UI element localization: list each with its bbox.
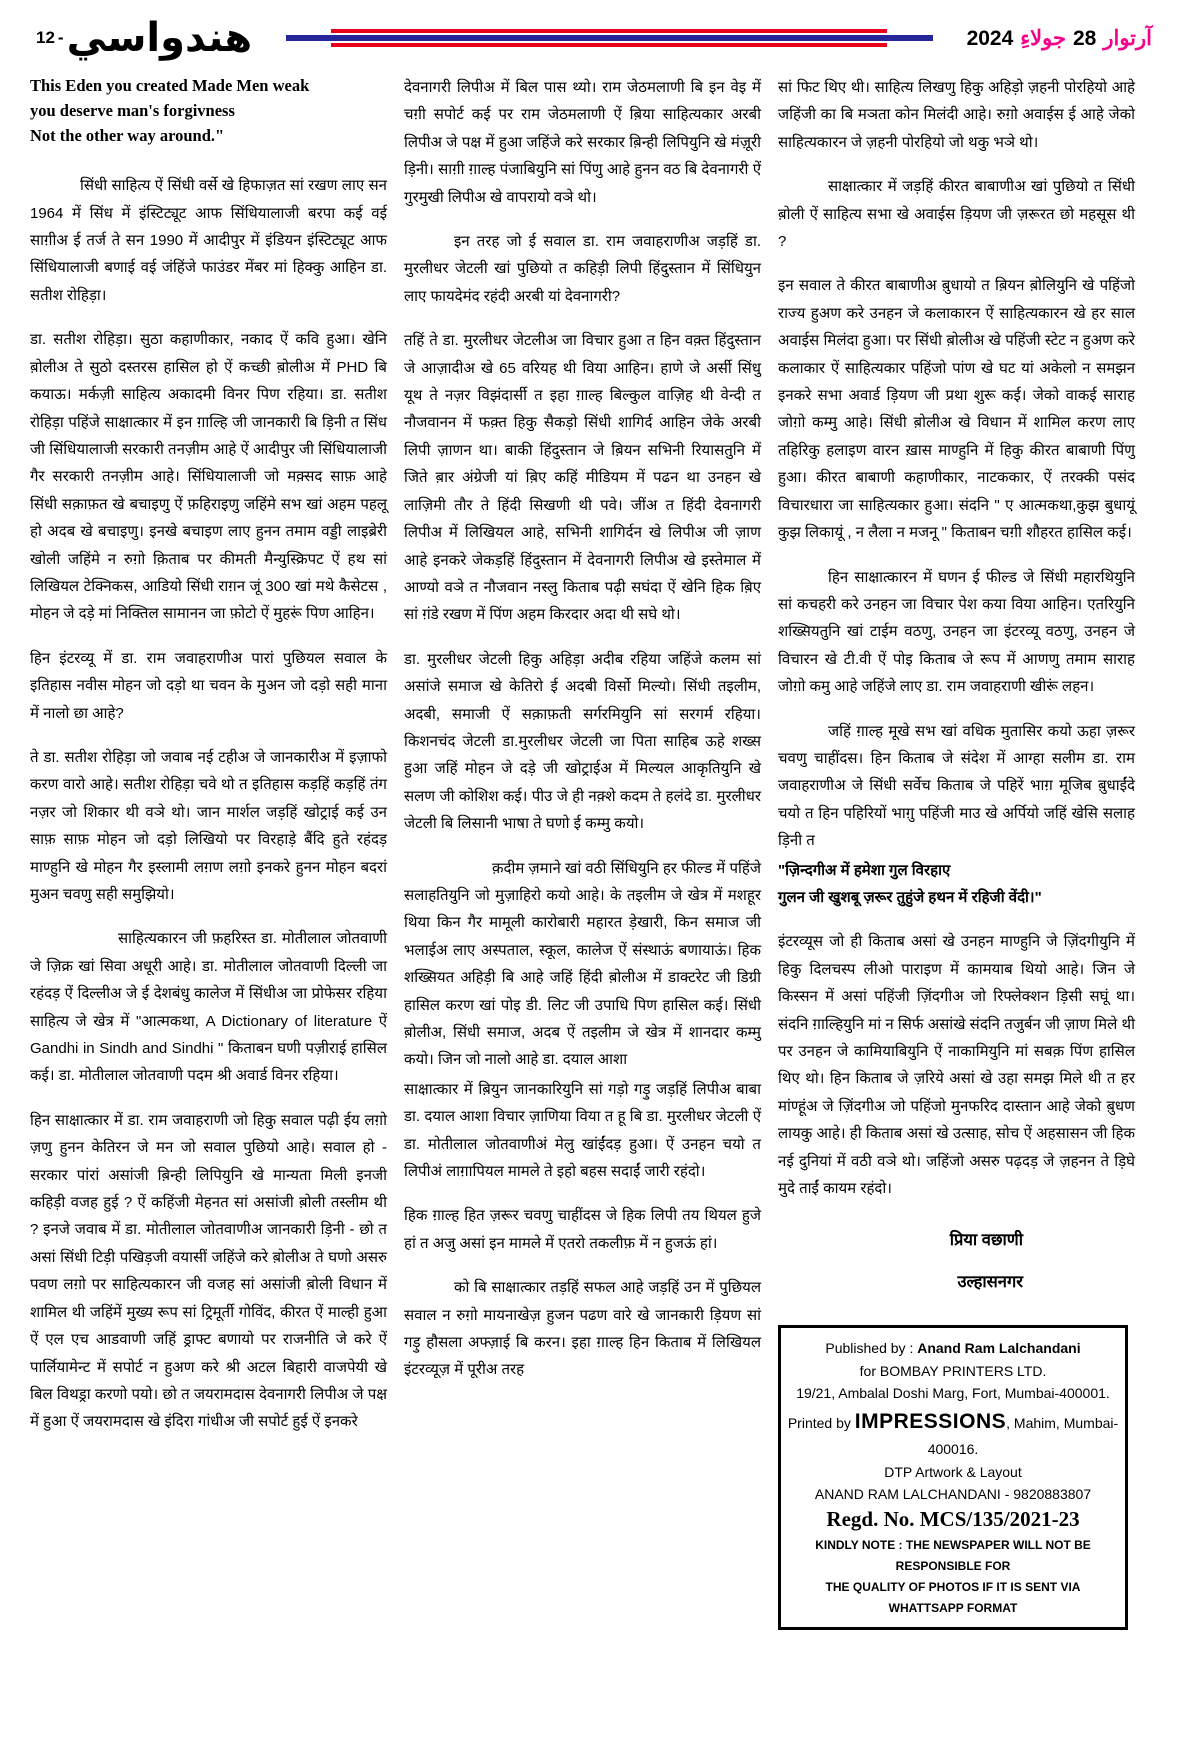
- paragraph: हिन साक्षात्कार में डा. राम जवाहराणी जो …: [30, 1107, 387, 1436]
- paragraph: साक्षात्कार में जड़हिं कीरत बाबाणीअ खां …: [778, 173, 1135, 255]
- paragraph: इन सवाल ते कीरत बाबाणीअ ब़ुधायो त ब़ियन …: [778, 272, 1135, 546]
- published-by-name: Anand Ram Lalchandani: [917, 1340, 1080, 1356]
- paragraph: सिंधी साहित्य ऐं सिंधी वर्से खे हिफाज़त …: [30, 172, 387, 309]
- column-3: सां फिट थिए थी। साहित्य लिखणु हिकु अहिड़…: [778, 74, 1135, 1630]
- paragraph: डा. मुरलीधर जेटली हिकु अहिड़ा अदीब रहिया…: [404, 646, 761, 838]
- header-rule-red-bottom: [331, 43, 887, 47]
- column-2: देवनागरी लिपीअ में बिल पास थ्यो। राम जेठ…: [404, 74, 761, 1630]
- english-verse: This Eden you created Made Men weak you …: [30, 74, 387, 148]
- masthead-block: 12 - هندواسي: [36, 18, 252, 58]
- dtp-artwork-line: DTP Artwork & Layout: [787, 1461, 1119, 1483]
- header-rule-red-top: [331, 29, 887, 33]
- printer-company-line: for BOMBAY PRINTERS LTD.: [787, 1360, 1119, 1382]
- dtp-contact-line: ANAND RAM LALCHANDANI - 9820883807: [787, 1483, 1119, 1505]
- paragraph: हिन साक्षात्कारन में घणन ई फील्ड जे सिंध…: [778, 564, 1135, 701]
- issue-date: 2024 جولاءِ 28 آرتوار: [967, 26, 1152, 51]
- page-number-dash: -: [58, 28, 64, 48]
- paragraph: साहित्यकारन जी फ़हरिस्त डा. मोतीलाल जोतव…: [30, 925, 387, 1089]
- date-month: جولاءِ: [1020, 26, 1066, 51]
- header-rules: [286, 29, 932, 47]
- paragraph: को बि साक्षात्कार तड़हिं सफल आहे जड़हिं …: [404, 1274, 761, 1384]
- paragraph: इन तरह जो ई सवाल डा. राम जवाहराणीअ जड़हि…: [404, 228, 761, 310]
- paragraph: डा. सतीश रोहिड़ा। सुठा कहाणीकार, नकाद ऐं…: [30, 326, 387, 627]
- paragraph: इंटरव्यूस जो ही किताब असां खे उनहन माण्ह…: [778, 928, 1135, 1202]
- disclaimer-note-line1: KINDLY NOTE : THE NEWSPAPER WILL NOT BE …: [787, 1535, 1119, 1577]
- paragraph: साक्षात्कार में ब़ियुन जानकारियुनि सां ग…: [404, 1076, 761, 1186]
- page-number: 12: [36, 28, 55, 48]
- printer-name: IMPRESSIONS: [855, 1410, 1006, 1433]
- quoted-couplet: "ज़िन्दगीअ में हमेशा गुल विरहाए गुलन जी …: [778, 857, 1135, 912]
- paragraph: हिन इंटरव्यू में डा. राम जवाहराणीअ पारां…: [30, 645, 387, 727]
- publisher-address: 19/21, Ambalal Doshi Marg, Fort, Mumbai-…: [787, 1382, 1119, 1404]
- byline-city: उल्हासनगर: [778, 1261, 1023, 1303]
- masthead-logo: هندواسي: [67, 18, 253, 58]
- printed-by-prefix: Printed by: [788, 1415, 855, 1431]
- page-header: 12 - هندواسي 2024 جولاءِ 28 آرتوار: [0, 0, 1180, 66]
- published-by-line: Published by : Anand Ram Lalchandani: [787, 1337, 1119, 1359]
- printed-by-line: Printed by IMPRESSIONS, Mahim, Mumbai-40…: [787, 1405, 1119, 1461]
- disclaimer-note-line2: THE QUALITY OF PHOTOS IF IT IS SENT VIA …: [787, 1577, 1119, 1619]
- paragraph: देवनागरी लिपीअ में बिल पास थ्यो। राम जेठ…: [404, 74, 761, 211]
- paragraph: जहिं ग़ाल्ह मूखे सभ खां वधिक मुतासिर कयो…: [778, 718, 1135, 855]
- paragraph: क़दीम ज़माने खां वठी सिंधियुनि हर फील्ड …: [404, 855, 761, 1074]
- article-body: This Eden you created Made Men weak you …: [0, 66, 1180, 1630]
- date-day: 28: [1073, 27, 1096, 51]
- paragraph: तहिं ते डा. मुरलीधर जेटलीअ जा विचार हुआ …: [404, 327, 761, 628]
- date-year: 2024: [967, 27, 1014, 51]
- byline: प्रिया वछाणी उल्हासनगर: [778, 1219, 1135, 1303]
- paragraph: ते डा. सतीश रोहिड़ा जो जवाब नई टहीअ जे ज…: [30, 744, 387, 908]
- header-rule-blue: [286, 35, 932, 41]
- byline-author: प्रिया वछाणी: [778, 1219, 1023, 1261]
- registration-number: Regd. No. MCS/135/2021-23: [787, 1505, 1119, 1534]
- column-1: This Eden you created Made Men weak you …: [30, 74, 387, 1630]
- paragraph: हिक ग़ाल्ह हित ज़रूर चवणु चाहींदस जे हिक…: [404, 1202, 761, 1257]
- publisher-box: Published by : Anand Ram Lalchandani for…: [778, 1325, 1128, 1629]
- date-weekday: آرتوار: [1103, 26, 1152, 51]
- paragraph: सां फिट थिए थी। साहित्य लिखणु हिकु अहिड़…: [778, 74, 1135, 156]
- published-by-prefix: Published by :: [825, 1340, 917, 1356]
- newspaper-page: { "header": { "page_number": "12", "dash…: [0, 0, 1180, 1744]
